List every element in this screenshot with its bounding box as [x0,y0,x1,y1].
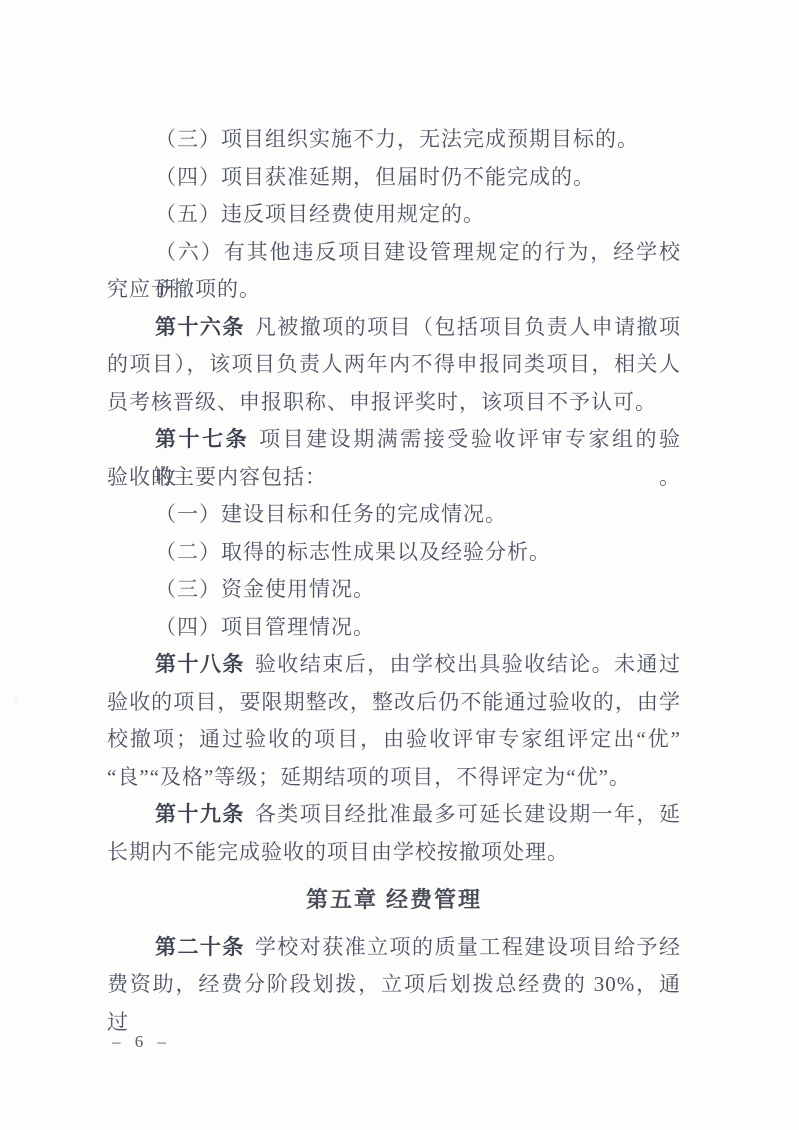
doc-line: （四）项目获准延期，但届时仍不能完成的。 [107,159,681,197]
article-number: 第十七条 [155,427,249,451]
doc-line: 校撤项；通过验收的项目，由验收评审专家组评定出“优” [107,721,681,759]
line-text: 验收的主要内容包括： [107,465,327,489]
doc-line: （六）有其他违反项目建设管理规定的行为，经学校研 [107,234,681,272]
doc-line: （五）违反项目经费使用规定的。 [107,196,681,234]
line-text: 的项目），该项目负责人两年内不得申报同类项目，相关人 [107,352,681,376]
line-text: （四）项目获准延期，但届时仍不能完成的。 [155,165,595,189]
doc-line: （一）建设目标和任务的完成情况。 [107,496,681,534]
line-text: 凡被撤项的项目（包括项目负责人申请撤项 [255,315,681,339]
doc-line: 员考核晋级、申报职称、申报评奖时，该项目不予认可。 [107,384,681,422]
line-text: “良”“及格”等级；延期结项的项目，不得评定为“优”。 [107,765,631,789]
doc-line: “良”“及格”等级；延期结项的项目，不得评定为“优”。 [107,759,681,797]
line-text: （三）资金使用情况。 [155,577,375,601]
line-text: 学校对获准立项的质量工程建设项目给予经 [255,935,681,959]
line-text: （四）项目管理情况。 [155,615,375,639]
doc-line: 验收的项目，要限期整改，整改后仍不能通过验收的，由学 [107,684,681,722]
doc-line: 第十九条各类项目经批准最多可延长建设期一年，延 [107,796,681,834]
doc-line: （三）项目组织实施不力，无法完成预期目标的。 [107,121,681,159]
doc-line: （三）资金使用情况。 [107,571,681,609]
line-text: （五）违反项目经费使用规定的。 [155,202,485,226]
chapter-heading: 第五章 经费管理 [107,881,681,919]
line-text: 员考核晋级、申报职称、申报评奖时，该项目不予认可。 [107,390,657,414]
article-number: 第二十条 [155,935,245,959]
doc-line: 究应予撤项的。 [107,271,681,309]
article-number: 第十八条 [155,652,245,676]
doc-line: 长期内不能完成验收的项目由学校按撤项处理。 [107,834,681,872]
document-body: （三）项目组织实施不力，无法完成预期目标的。 （四）项目获准延期，但届时仍不能完… [107,121,681,1004]
line-text: 长期内不能完成验收的项目由学校按撤项处理。 [107,840,569,864]
doc-line: 第十七条项目建设期满需接受验收评审专家组的验收。 [107,421,681,459]
line-text: 各类项目经批准最多可延长建设期一年，延 [255,802,681,826]
article-number: 第十九条 [155,802,245,826]
line-text: 究应予撤项的。 [107,277,261,301]
doc-line: （四）项目管理情况。 [107,609,681,647]
doc-line: 第十八条验收结束后，由学校出具验收结论。未通过 [107,646,681,684]
line-text: 验收结束后，由学校出具验收结论。未通过 [255,652,681,676]
line-text: 验收的项目，要限期整改，整改后仍不能通过验收的，由学 [107,690,681,714]
doc-line: （二）取得的标志性成果以及经验分析。 [107,534,681,572]
scanned-document-page: （三）项目组织实施不力，无法完成预期目标的。 （四）项目获准延期，但届时仍不能完… [0,0,799,1130]
line-text: 校撤项；通过验收的项目，由验收评审专家组评定出“优” [107,727,681,751]
doc-line: 的项目），该项目负责人两年内不得申报同类项目，相关人 [107,346,681,384]
article-number: 第十六条 [155,315,245,339]
line-text: （一）建设目标和任务的完成情况。 [155,502,507,526]
line-text: 费资助，经费分阶段划拨，立项后划拨总经费的 30%，通过 [107,972,681,1034]
page-number: – 6 – [112,1032,167,1052]
doc-line: 第二十条学校对获准立项的质量工程建设项目给予经 [107,929,681,967]
line-text: （二）取得的标志性成果以及经验分析。 [155,540,551,564]
line-text: （三）项目组织实施不力，无法完成预期目标的。 [155,127,639,151]
doc-line: 费资助，经费分阶段划拨，立项后划拨总经费的 30%，通过 [107,966,681,1004]
doc-line: 第十六条凡被撤项的项目（包括项目负责人申请撤项 [107,309,681,347]
